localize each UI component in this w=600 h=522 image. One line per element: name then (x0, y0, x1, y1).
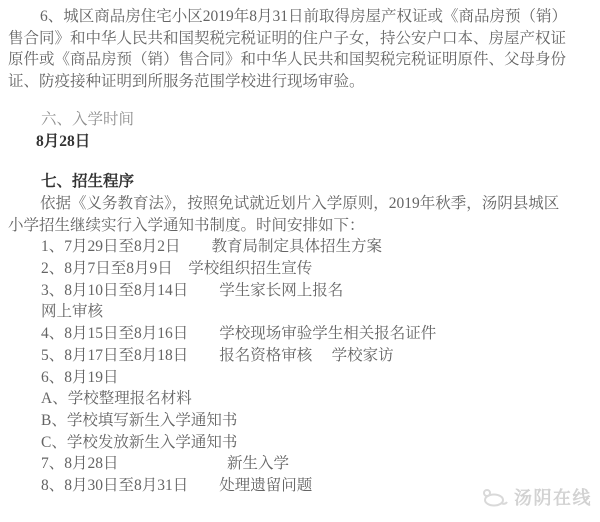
paragraph-housing-line: 原件或《商品房预（销）售合同》和中华人民共和国契税完税证明原件、父母身份 (8, 49, 594, 71)
section-seven-heading: 七、招生程序 (41, 171, 600, 193)
schedule-line: 7、8月28日 新生入学 (41, 453, 600, 475)
section-six-heading: 六、入学时间 (41, 109, 600, 131)
schedule-line: 6、8月19日 (41, 367, 600, 389)
paragraph-intro-line: 依据《义务教育法》，按照免试就近划片入学原则，2019年秋季，汤阴县城区 (8, 193, 594, 215)
schedule-line: 2、8月7日至8月9日 学校组织招生宣传 (41, 258, 600, 280)
schedule-list: 1、7月29日至8月2日 教育局制定具体招生方案 2、8月7日至8月9日 学校组… (41, 236, 600, 496)
paragraph-intro: 依据《义务教育法》，按照免试就近划片入学原则，2019年秋季，汤阴县城区 小学招… (8, 193, 594, 236)
enrollment-date: 8月28日 (36, 131, 600, 153)
schedule-line: 3、8月10日至8月14日 学生家长网上报名 (41, 280, 600, 302)
paragraph-housing-line: 证、防疫接种证明到所服务范围学校进行现场审验。 (8, 71, 594, 93)
paragraph-housing-line: 售合同》和中华人民共和国契税完税证明的住户子女，持公安户口本、房屋产权证 (8, 28, 594, 50)
watermark: 汤阴在线 (481, 487, 592, 509)
schedule-line: 5、8月17日至8月18日 报名资格审核 学校家访 (41, 345, 600, 367)
schedule-line: A、学校整理报名材料 (41, 388, 600, 410)
bird-swirl-logo-icon (481, 487, 509, 509)
schedule-line: B、学校填写新生入学通知书 (41, 410, 600, 432)
paragraph-housing-line: 6、城区商品房住宅小区2019年8月31日前取得房屋产权证或《商品房预（销） (8, 6, 594, 28)
schedule-line: 1、7月29日至8月2日 教育局制定具体招生方案 (41, 236, 600, 258)
watermark-text: 汤阴在线 (514, 489, 592, 507)
schedule-line: 4、8月15日至8月16日 学校现场审验学生相关报名证件 (41, 323, 600, 345)
schedule-line: C、学校发放新生入学通知书 (41, 432, 600, 454)
paragraph-housing: 6、城区商品房住宅小区2019年8月31日前取得房屋产权证或《商品房预（销） 售… (8, 0, 594, 93)
schedule-line-continuation: 网上审核 (41, 301, 600, 323)
document-page: 6、城区商品房住宅小区2019年8月31日前取得房屋产权证或《商品房预（销） 售… (0, 0, 600, 522)
paragraph-intro-line: 小学招生继续实行入学通知书制度。时间安排如下： (8, 215, 594, 237)
